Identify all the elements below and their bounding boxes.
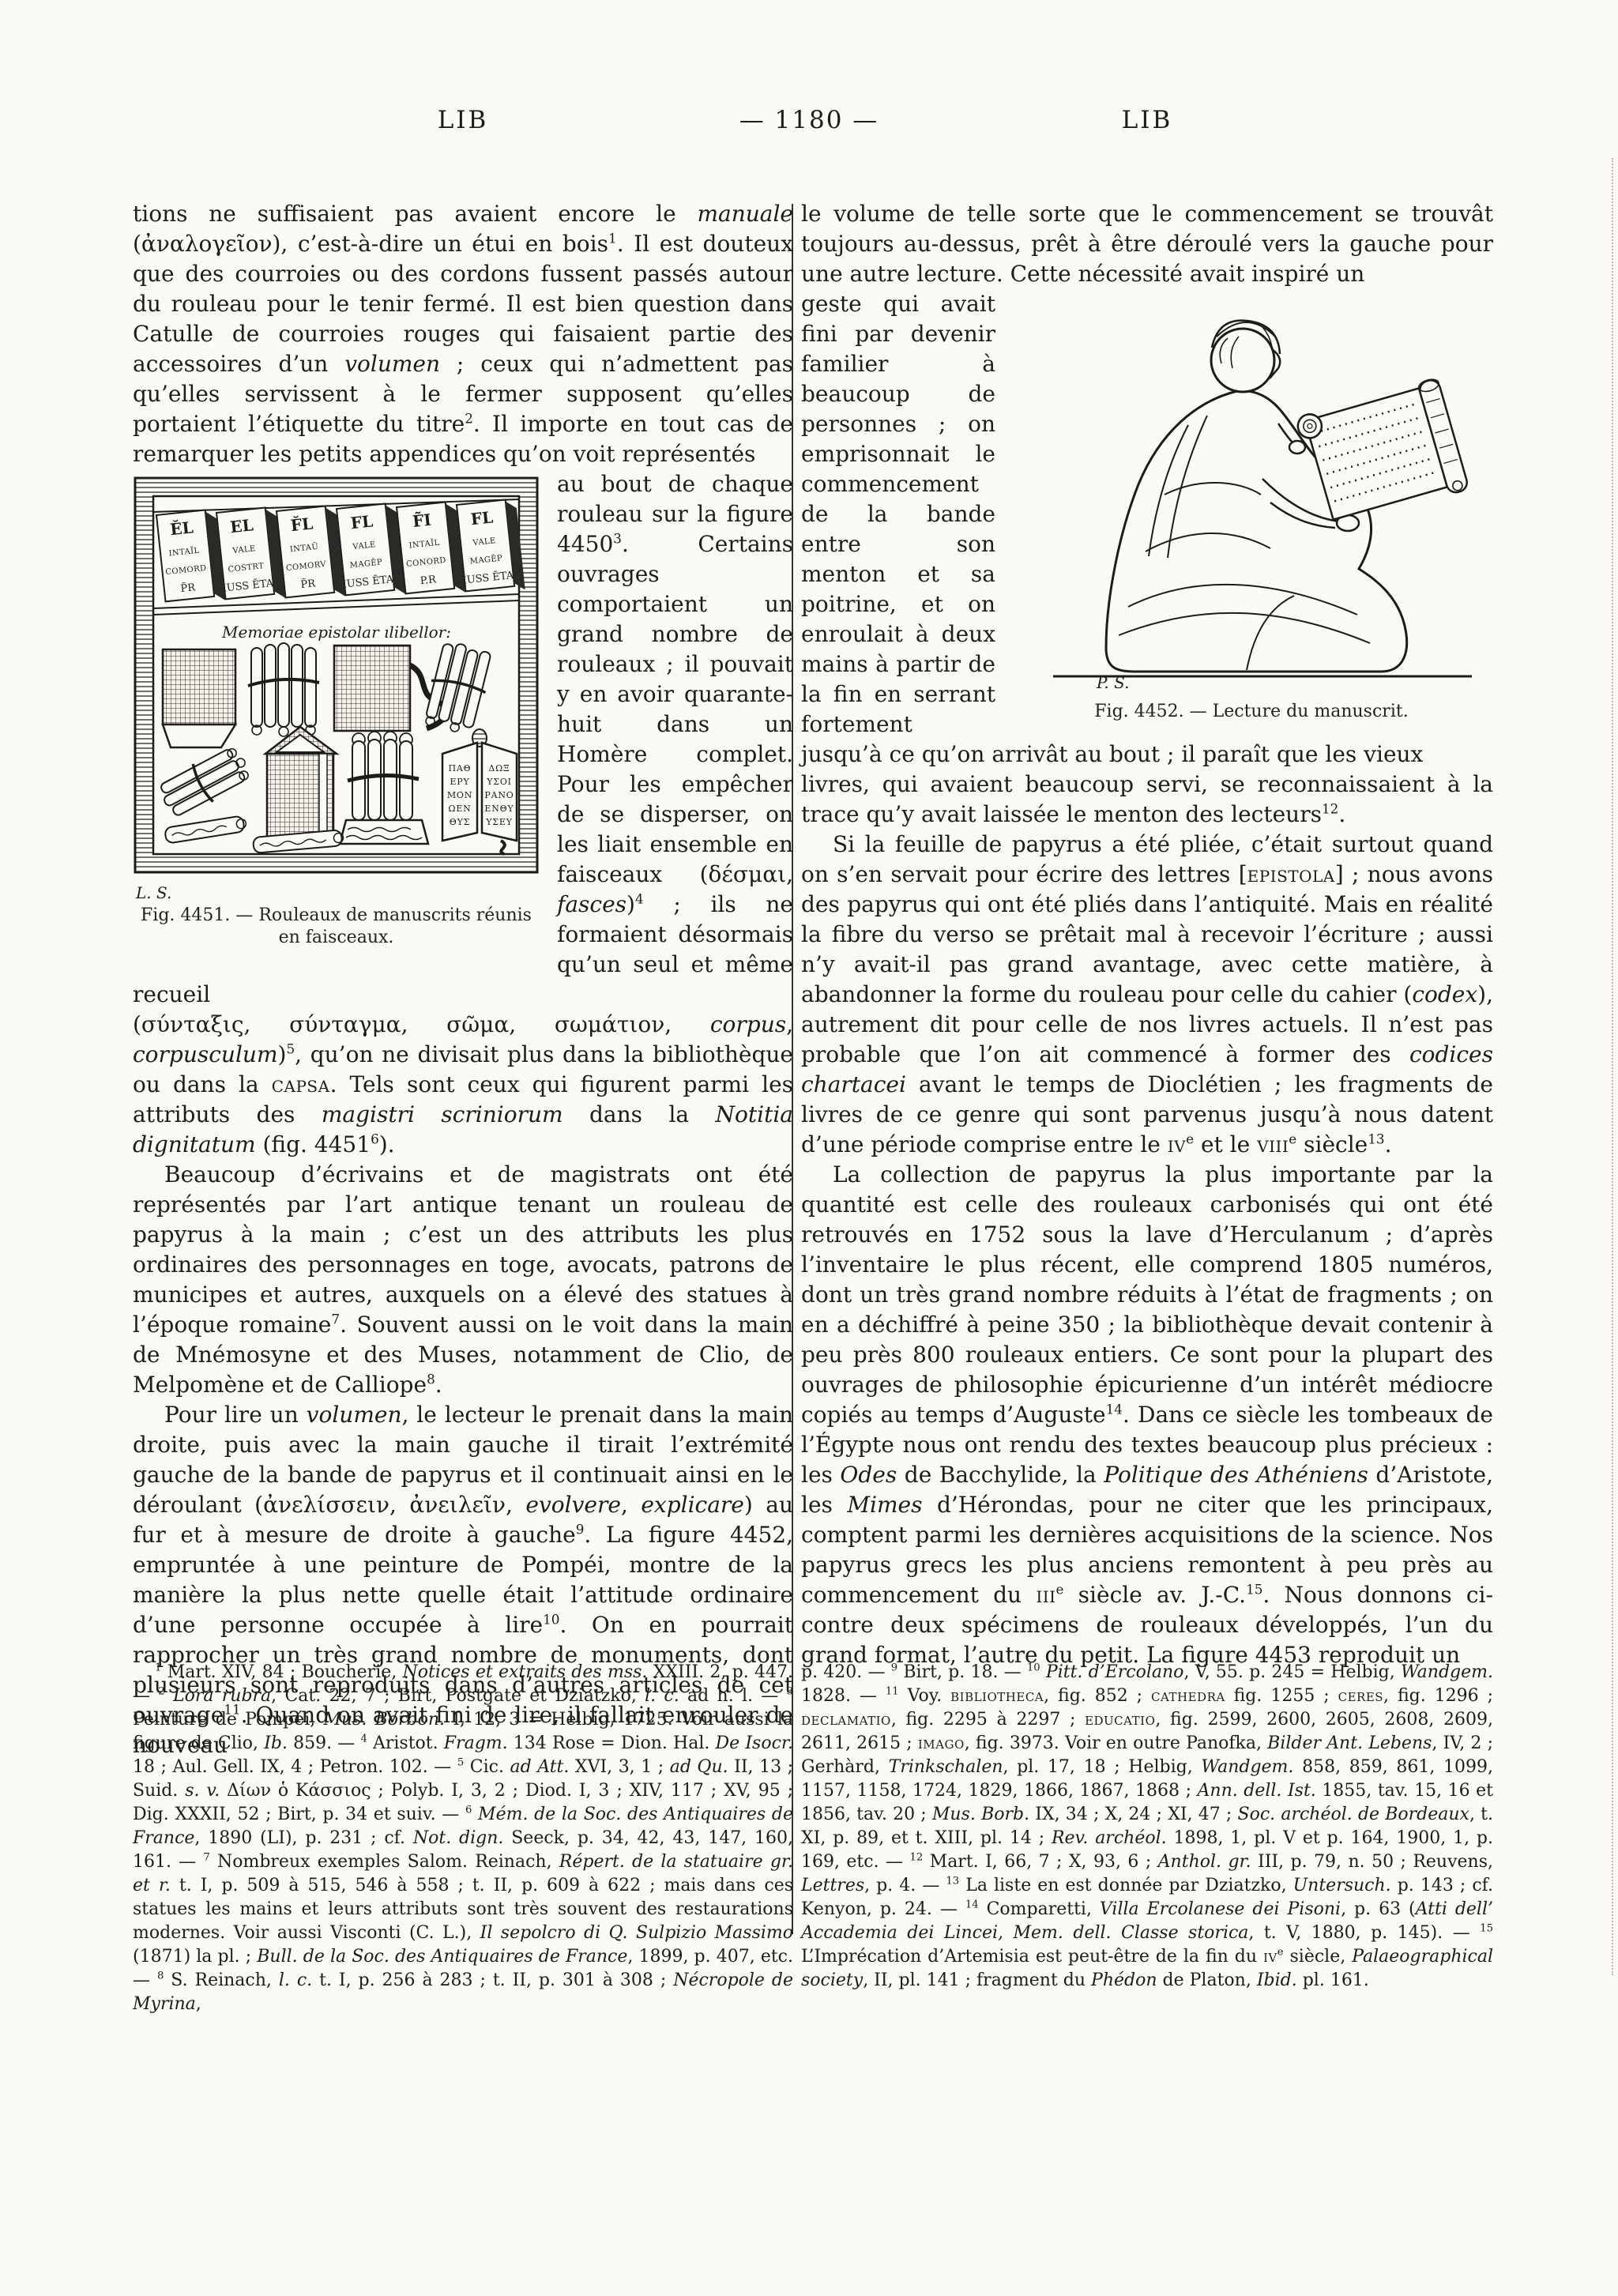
title-tablet-2: EL VALE COSTRT IUSS ĒTA [215, 506, 285, 604]
title-tablet-4: FL VALE MAGĒP IUSS ĒTA [335, 502, 405, 600]
svg-text:ΕΡΥ: ΕΡΥ [450, 777, 469, 787]
handwritten-inscription: Memoriae epistolar ılibellor: [221, 623, 451, 642]
figure-4452-caption: Fig. 4452. — Lecture du manuscrit. [1010, 701, 1493, 723]
svg-text:ΕΝΘΥ: ΕΝΘΥ [484, 804, 514, 814]
paragraph: (σύνταξις, σύνταγμα, σῶμα, σωμάτιον, cor… [133, 1010, 793, 1160]
svg-text:ĔL: ĔL [169, 518, 194, 539]
svg-text:FL: FL [470, 507, 495, 529]
svg-text:ΜΟΝ: ΜΟΝ [447, 790, 472, 800]
svg-text:ΩΕΝ: ΩΕΝ [448, 804, 471, 814]
svg-text:ΠΑΘ: ΠΑΘ [449, 763, 472, 773]
title-tablet-6: FL VALE MAGĒP IUSS ĒTA [455, 499, 525, 596]
engraver-signature: P. S. [1096, 673, 1129, 690]
paragraph: livres, qui avaient beaucoup servi, se r… [801, 770, 1493, 830]
paragraph-continuation: le volume de telle sorte que le commence… [801, 199, 1493, 289]
svg-text:F̃I: F̃I [412, 510, 432, 531]
figure-4452: P. S. Fig. 4452. — Lecture du manuscrit. [1010, 291, 1493, 723]
svg-text:F̆L: F̆L [290, 514, 314, 535]
svg-text:P̃R: P̃R [300, 577, 317, 591]
running-title-right: LIB [801, 106, 1493, 134]
svg-text:ΥΣΟΙ: ΥΣΟΙ [486, 777, 512, 787]
left-column: tions ne suffisaient pas avaient encore … [133, 199, 793, 1760]
footnotes-right-column: p. 420. — 9 Birt, p. 18. — 10 Pitt. d’Er… [801, 1661, 1493, 1993]
scroll-bundle-vertical [248, 643, 319, 736]
paragraph: Beaucoup d’écrivains et de magistrats on… [133, 1160, 793, 1400]
svg-text:EL: EL [229, 515, 254, 536]
svg-text:ΡΑΝΟ: ΡΑΝΟ [484, 790, 514, 800]
scanned-book-page: LIB — 1180 — LIB tions ne suffisaient pa… [0, 0, 1618, 2296]
engraver-signature: L. S. [136, 884, 540, 901]
svg-text:P.R: P.R [420, 574, 438, 587]
figure-4451-caption: Fig. 4451. — Rouleaux de manuscrits réun… [133, 905, 540, 949]
paragraph-continuation: tions ne suffisaient pas avaient encore … [133, 199, 793, 469]
paragraph: Si la feuille de papyrus a été pliée, c’… [801, 830, 1493, 1160]
scan-edge-artifact [1611, 158, 1613, 1975]
svg-text:ΔΩΞ: ΔΩΞ [488, 763, 510, 773]
svg-text:FL: FL [350, 511, 374, 533]
figure-4452-engraving: P. S. [1010, 291, 1493, 690]
title-tablet-5: F̃I INTAĪL CONORD P.R [397, 501, 465, 598]
book-chest-illustration [163, 649, 235, 747]
svg-text:ΥΣΕΥ: ΥΣΕΥ [485, 817, 513, 827]
figure-4451-engraving: ĔL INTAĪL COMORD P̃R EL VALE COSTRT IUSS… [133, 476, 540, 875]
footnotes-left-column: 1 Mart. XIV, 84 ; Boucherie, Notices et … [133, 1661, 793, 2016]
right-column: le volume de telle sorte que le commence… [801, 199, 1493, 1670]
svg-text:P̃R: P̃R [180, 581, 197, 595]
figure-4451: ĔL INTAĪL COMORD P̃R EL VALE COSTRT IUSS… [133, 476, 540, 949]
title-tablet-1: ĔL INTAĪL COMORD P̃R [156, 509, 225, 606]
svg-text:ΘΥΣ: ΘΥΣ [450, 817, 470, 827]
title-tablet-3: F̆L INTAŪ COMORV P̃R [277, 505, 345, 602]
paragraph: La collection de papyrus la plus importa… [801, 1160, 1493, 1670]
